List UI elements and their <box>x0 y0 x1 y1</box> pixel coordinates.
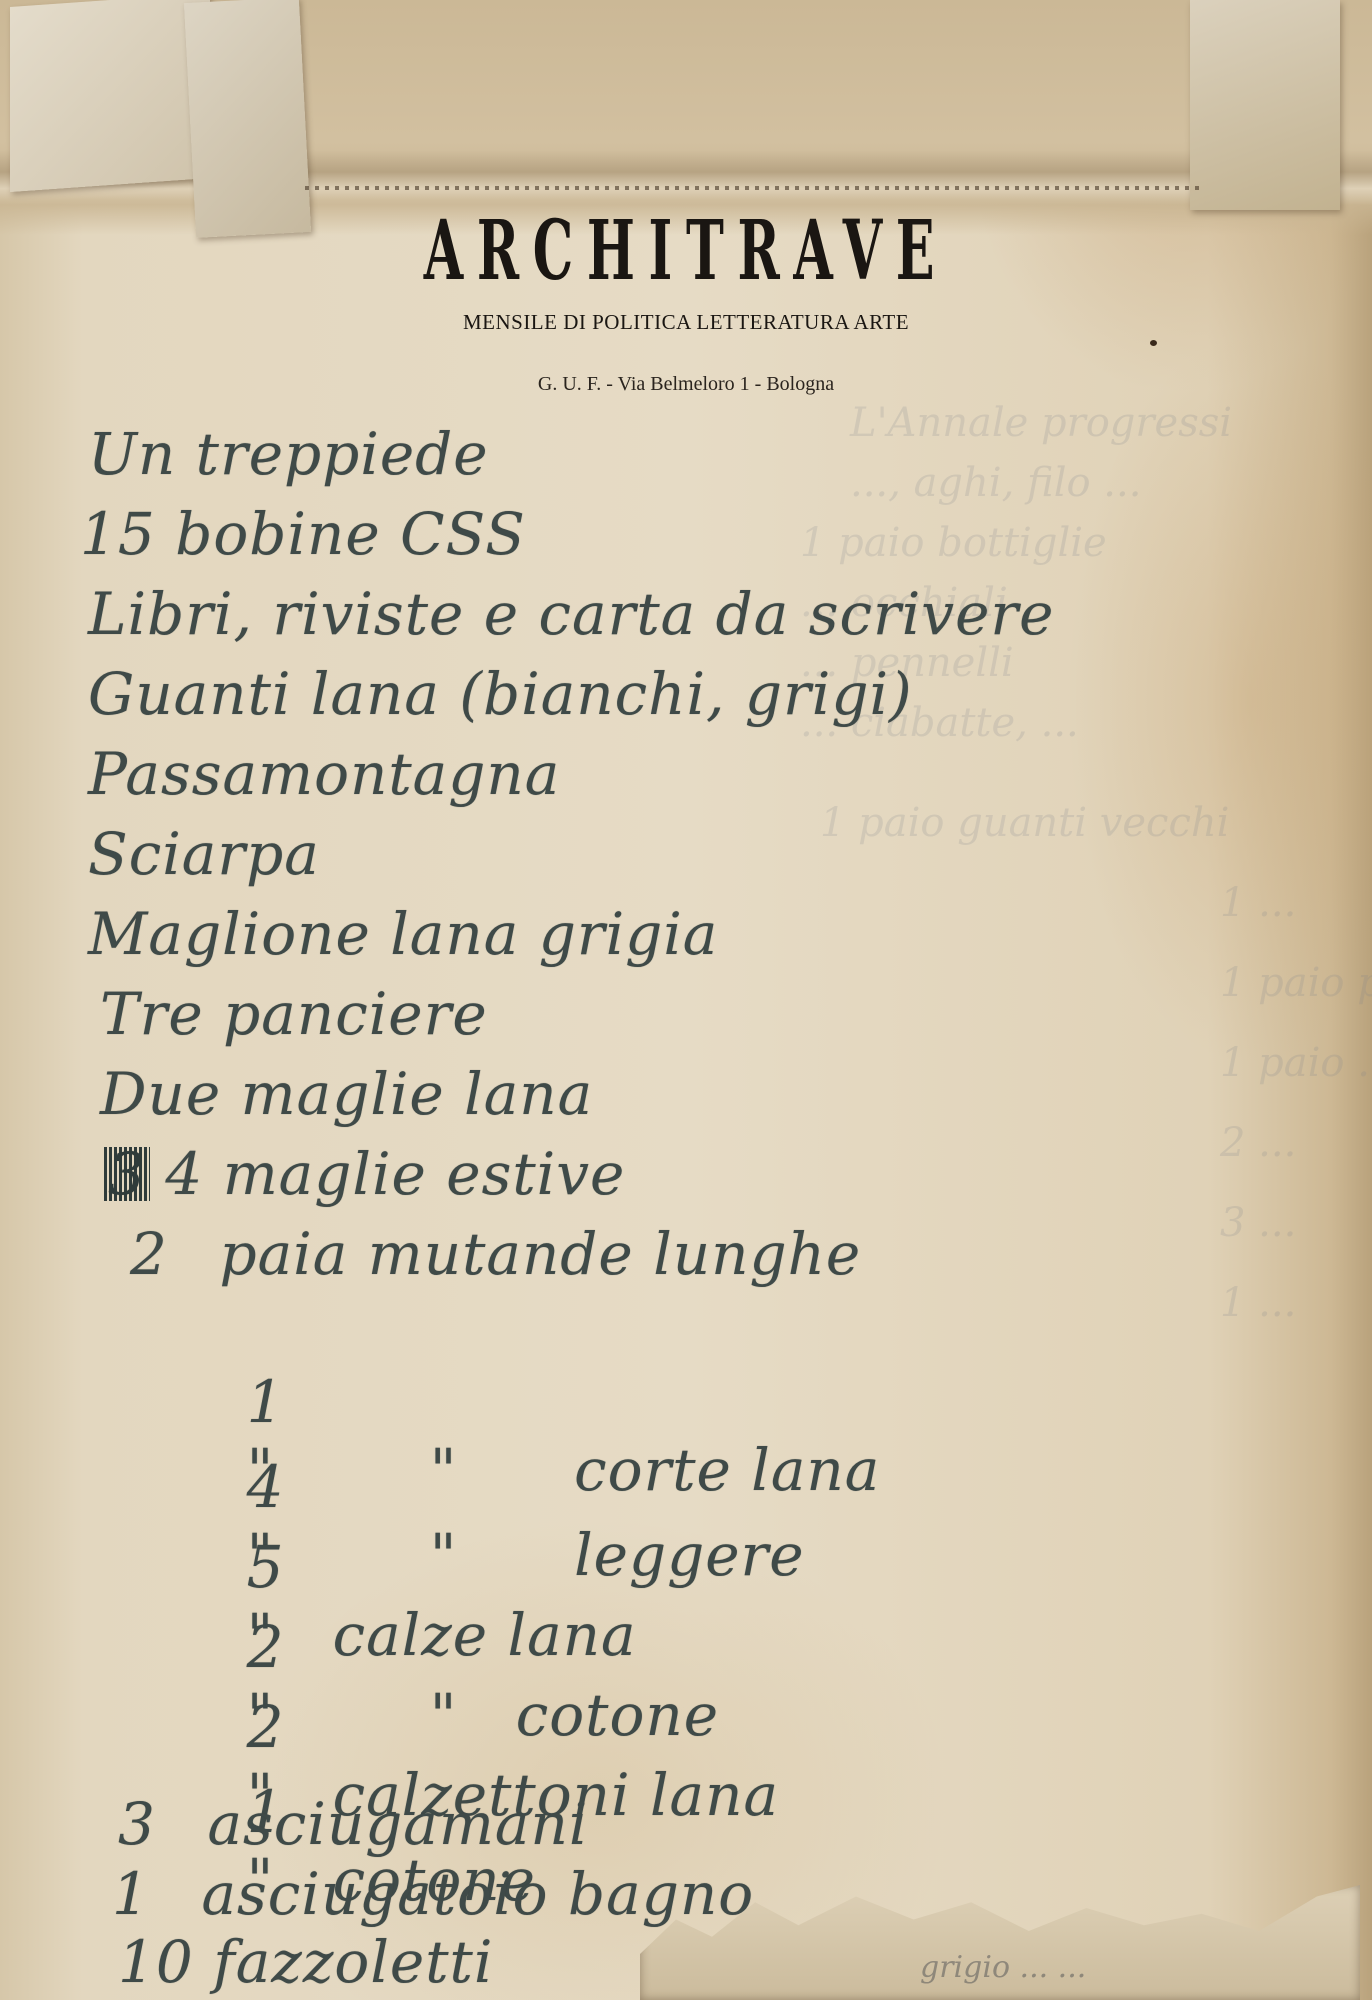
perforation-line <box>305 186 1205 190</box>
bleed-through-line: L'Annale progressi <box>850 400 1232 446</box>
list-item: Sciarpa <box>88 820 320 888</box>
item-text: Un treppiede <box>88 420 489 488</box>
item-text: maglie estive <box>223 1140 626 1208</box>
item-qty: 10 <box>118 1928 194 1996</box>
item-text: bobine CSS <box>175 500 526 568</box>
item-qty: 1 <box>112 1860 182 1928</box>
item-text: paia mutande lunghe <box>219 1220 861 1288</box>
bleed-through-line: 2 ... <box>1220 1120 1296 1166</box>
tape-piece <box>10 0 210 192</box>
list-item: Tre panciere <box>100 980 488 1048</box>
item-text: Sciarpa <box>88 820 320 888</box>
item-text: Maglione lana grigia <box>88 900 718 968</box>
tape-piece <box>1190 0 1340 210</box>
ink-spot <box>1150 340 1157 346</box>
bleed-through-line: 1 paio pantaloni <box>1220 960 1372 1006</box>
letterhead-subtitle: MENSILE DI POLITICA LETTERATURA ARTE <box>0 310 1372 335</box>
bleed-through-line: 1 paio guanti vecchi <box>820 800 1229 846</box>
item-text: Passamontagna <box>88 740 560 808</box>
document-page: ARCHITRAVE MENSILE DI POLITICA LETTERATU… <box>0 0 1372 2000</box>
item-text: asciugamani <box>207 1790 588 1858</box>
item-text: Libri, riviste e carta da scrivere <box>88 580 1054 648</box>
pencil-note: grigio ... ... <box>920 1950 1086 1985</box>
list-item: Due maglie lana <box>100 1060 593 1128</box>
list-item: Libri, riviste e carta da scrivere <box>88 580 1054 648</box>
item-text: fazzoletti <box>213 1928 493 1996</box>
letterhead-title: ARCHITRAVE <box>261 210 1112 292</box>
item-qty: 15 <box>80 500 156 568</box>
bleed-through-line: 1 ... <box>1220 1280 1296 1326</box>
list-item: Maglione lana grigia <box>88 900 718 968</box>
list-item: 1 asciugatoio bagno <box>112 1860 754 1928</box>
bleed-through-line: ..., aghi, filo ... <box>850 460 1141 506</box>
item-qty-struck: 3 <box>108 1140 146 1208</box>
letterhead-address: G. U. F. - Via Belmeloro 1 - Bologna <box>0 373 1372 396</box>
list-item: Guanti lana (bianchi, grigi) <box>88 660 913 728</box>
list-item: 15 bobine CSS <box>80 500 526 568</box>
list-item: 10 fazzoletti <box>118 1928 493 1996</box>
tape-piece <box>184 0 311 238</box>
bleed-through-line: 1 ... <box>1220 880 1296 926</box>
list-item: Passamontagna <box>88 740 560 808</box>
bleed-through-line: 1 paio bottiglie <box>800 520 1107 566</box>
list-item: 3 4 maglie estive <box>108 1140 625 1208</box>
item-text: Guanti lana (bianchi, grigi) <box>88 660 913 728</box>
item-text: Due maglie lana <box>100 1060 593 1128</box>
list-item: Un treppiede <box>88 420 489 488</box>
item-text: Tre panciere <box>100 980 488 1048</box>
bleed-through-line: 1 paio ... <box>1220 1040 1372 1086</box>
list-item: 3 asciugamani <box>118 1790 588 1858</box>
item-qty: 2 <box>130 1220 200 1288</box>
list-item: 2 paia mutande lunghe <box>130 1220 861 1288</box>
item-qty: 3 <box>118 1790 188 1858</box>
bleed-through-line: 3 ... <box>1220 1200 1296 1246</box>
item-text: asciugatoio bagno <box>201 1860 754 1928</box>
item-qty: 4 <box>165 1140 203 1208</box>
